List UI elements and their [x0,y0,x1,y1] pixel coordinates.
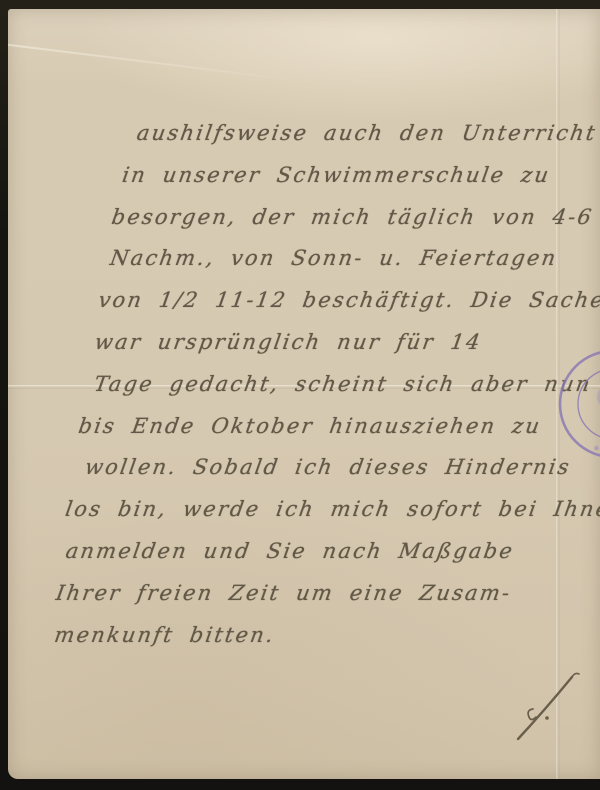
handwriting-block: aushilfsweise auch den Unterricht in uns… [41,121,600,664]
handwriting-line: Nachm., von Sonn- u. Feiertagen [106,246,600,288]
page-corner-mark [500,661,584,751]
handwriting-line: in unserer Schwimmerschule zu [118,163,600,205]
handwriting-line: Ihrer freien Zeit um eine Zusam- [52,581,567,623]
handwriting-line: los bin, werde ich mich sofort bei Ihnen [61,497,580,539]
handwriting-line: aushilfsweise auch den Unterricht [132,121,600,163]
fold-crease-diagonal [8,43,297,82]
stamp-ornament-icon: ✳ [593,444,600,453]
handwriting-line: bis Ende Oktober hinausziehen zu [74,414,593,456]
stamp-outer-ring [560,351,600,457]
handwriting-line: Tage gedacht, scheint sich aber nun [90,372,600,414]
scan-frame: aushilfsweise auch den Unterricht in uns… [0,0,600,790]
handwriting-line: menkunft bitten. [50,623,560,665]
library-stamp-icon: WIENER ST ✳ [548,339,600,469]
handwriting-line: war ursprünglich nur für 14 [90,330,600,372]
handwriting-line: anmelden und Sie nach Maßgabe [61,539,573,581]
letter-page: aushilfsweise auch den Unterricht in uns… [8,9,600,779]
handwriting-line: besorgen, der mich täglich von 4-6 [107,205,600,247]
stamp-inner-ring [578,369,600,439]
handwriting-line: von 1/2 11-12 beschäftigt. Die Sache [94,288,600,330]
handwriting-line: wollen. Sobald ich dieses Hindernis [80,455,586,497]
